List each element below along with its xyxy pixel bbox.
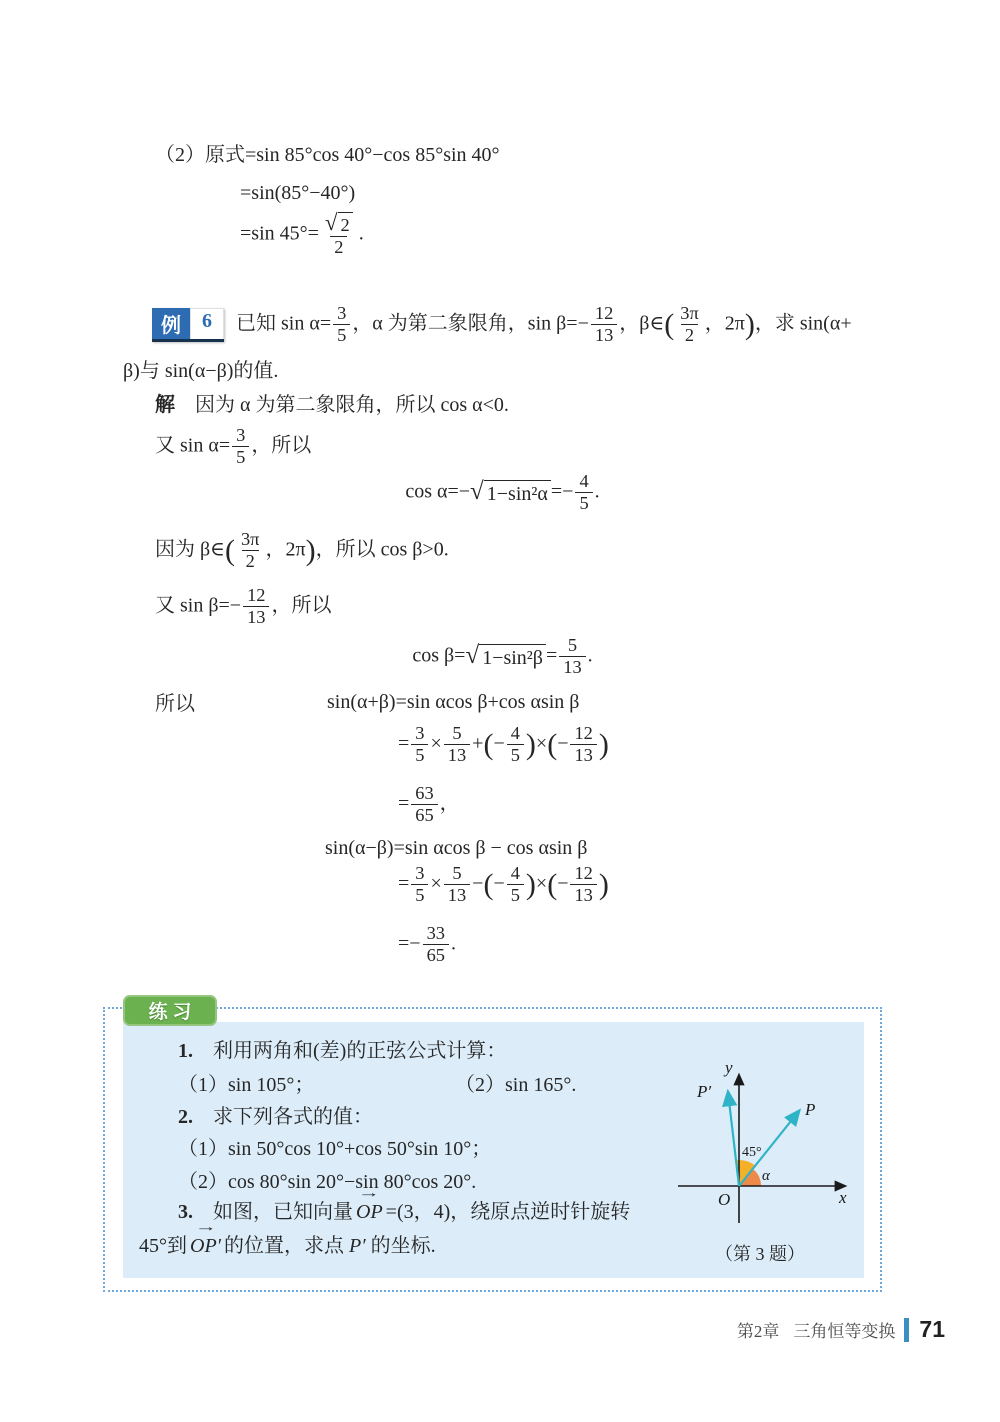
figure-caption: （第 3 题） bbox=[655, 1240, 865, 1266]
solution2-line-3: =sin 45°=√22. bbox=[240, 212, 364, 258]
point-p-label: P bbox=[804, 1100, 815, 1119]
solution-intro-line: 解 因为 α 为第二象限角，所以 cos α<0. bbox=[155, 392, 509, 418]
footer-section-title: 三角恒等变换 bbox=[793, 1317, 895, 1342]
example6-statement-line-2: β)与 sin(α−β)的值. bbox=[123, 358, 278, 384]
example-badge: 例 6 bbox=[152, 308, 224, 342]
equation-cos-alpha: cos α=−√1−sin²α=−45. bbox=[123, 472, 882, 514]
practice-item-2-sub-1: （1）sin 50°cos 10°+cos 50°sin 10°； bbox=[178, 1136, 491, 1162]
practice-item-1-sub-2: （2）sin 165°. bbox=[455, 1072, 576, 1098]
example6-statement-line-1: 例 6 已知 sin α=35，α 为第二象限角，sin β=−1213，β∈(… bbox=[152, 304, 852, 346]
equation-sin-sum: sin(α+β)=sin αcos β+cos αsin β bbox=[327, 689, 579, 715]
example-badge-label: 例 bbox=[152, 308, 190, 339]
footer-divider-bar bbox=[904, 1318, 909, 1342]
exercise3-figure: y x O P P′ 45° α bbox=[655, 1056, 865, 1236]
vector-op-prime bbox=[728, 1092, 739, 1186]
practice-item-3-line-1: 3. 如图，已知向量→OP=(3，4)，绕原点逆时针旋转 bbox=[178, 1199, 630, 1225]
angle-alpha-label: α bbox=[762, 1168, 771, 1184]
solution-sin-beta-line: 又 sin β=−1213，所以 bbox=[155, 586, 331, 628]
practice-item-1: 1. 利用两角和(差)的正弦公式计算： bbox=[178, 1038, 506, 1064]
solution2-line-2: =sin(85°−40°) bbox=[240, 180, 355, 206]
practice-item-2-sub-2: （2）cos 80°sin 20°−sin 80°cos 20°. bbox=[178, 1169, 476, 1195]
solution-sin-alpha-line: 又 sin α=35，所以 bbox=[155, 426, 311, 468]
footer-page-number: 71 bbox=[919, 1316, 945, 1343]
angle-45-label: 45° bbox=[742, 1145, 762, 1160]
practice-item-2: 2. 求下列各式的值： bbox=[178, 1104, 373, 1130]
footer-chapter: 第2章 bbox=[737, 1317, 780, 1342]
practice-item-3-line-2: 45°到→OP′的位置，求点 P′ 的坐标. bbox=[139, 1233, 436, 1259]
page-footer: 第2章 三角恒等变换 71 bbox=[737, 1316, 945, 1343]
equation-sin-sum-expanded: =35×513+(−45)×(−1213) bbox=[398, 724, 609, 766]
solution2-line-1: （2）原式=sin 85°cos 40°−cos 85°sin 40° bbox=[155, 142, 500, 168]
solution-beta-range-line: 因为 β∈(3π2，2π)，所以 cos β>0. bbox=[155, 530, 449, 572]
y-axis-label: y bbox=[723, 1058, 733, 1077]
equation-sin-diff: sin(α−β)=sin αcos β − cos αsin β bbox=[325, 835, 587, 861]
example-badge-number: 6 bbox=[190, 308, 224, 339]
x-axis-label: x bbox=[838, 1188, 847, 1207]
equation-sin-diff-value: =−3365. bbox=[398, 924, 456, 966]
practice-item-1-sub-1: （1）sin 105°； bbox=[178, 1072, 314, 1098]
point-p-prime-label: P′ bbox=[696, 1082, 711, 1101]
origin-label: O bbox=[718, 1190, 730, 1209]
practice-tab: 练 习 bbox=[123, 995, 217, 1026]
equation-sin-sum-value: =6365， bbox=[398, 784, 460, 826]
therefore-label: 所以 bbox=[155, 691, 195, 717]
equation-sin-diff-expanded: =35×513−(−45)×(−1213) bbox=[398, 864, 609, 906]
equation-cos-beta: cos β=√1−sin²β=513. bbox=[123, 636, 882, 678]
example6-statement-text: 已知 sin α=35，α 为第二象限角，sin β=−1213，β∈(3π2，… bbox=[236, 304, 852, 346]
